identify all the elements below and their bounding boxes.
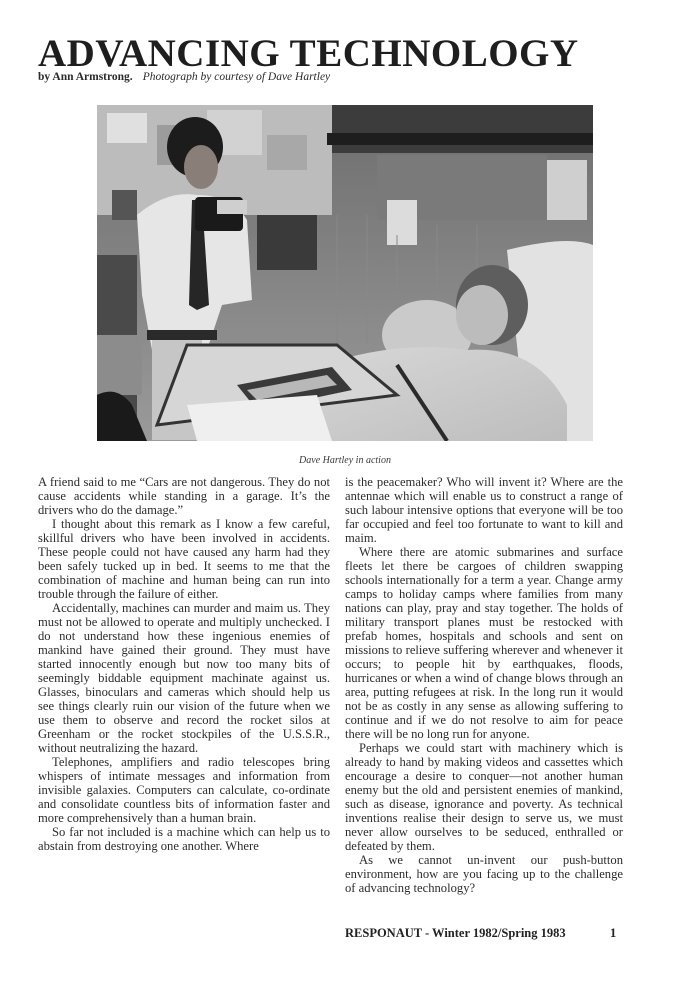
paragraph: is the peacemaker? Who will invent it? W… [345, 475, 623, 545]
paragraph: I thought about this remark as I know a … [38, 517, 330, 601]
photo-caption: Dave Hartley in action [0, 455, 690, 466]
photo-illustration [97, 105, 593, 441]
article-right-column: is the peacemaker? Who will invent it? W… [345, 475, 623, 895]
photo-credit: Photograph by courtesy of Dave Hartley [143, 71, 330, 83]
publication-name: RESPONAUT - Winter 1982/Spring 1983 [345, 926, 566, 940]
article-left-column: A friend said to me “Cars are not danger… [38, 475, 330, 853]
article-title: ADVANCING TECHNOLOGY [38, 34, 579, 74]
paragraph: Accidentally, machines can murder and ma… [38, 601, 330, 755]
paragraph: A friend said to me “Cars are not danger… [38, 475, 330, 517]
page-footer: RESPONAUT - Winter 1982/Spring 1983 1 [345, 926, 623, 941]
paragraph: As we cannot un-invent our push-button e… [345, 853, 623, 895]
article-photo [97, 105, 593, 441]
paragraph: Telephones, amplifiers and radio telesco… [38, 755, 330, 825]
paragraph: So far not included is a machine which c… [38, 825, 330, 853]
byline: by Ann Armstrong.Photograph by courtesy … [38, 70, 330, 84]
page-number: 1 [610, 926, 616, 941]
author-name: by Ann Armstrong. [38, 71, 133, 83]
paragraph: Where there are atomic submarines and su… [345, 545, 623, 741]
paragraph: Perhaps we could start with machinery wh… [345, 741, 623, 853]
